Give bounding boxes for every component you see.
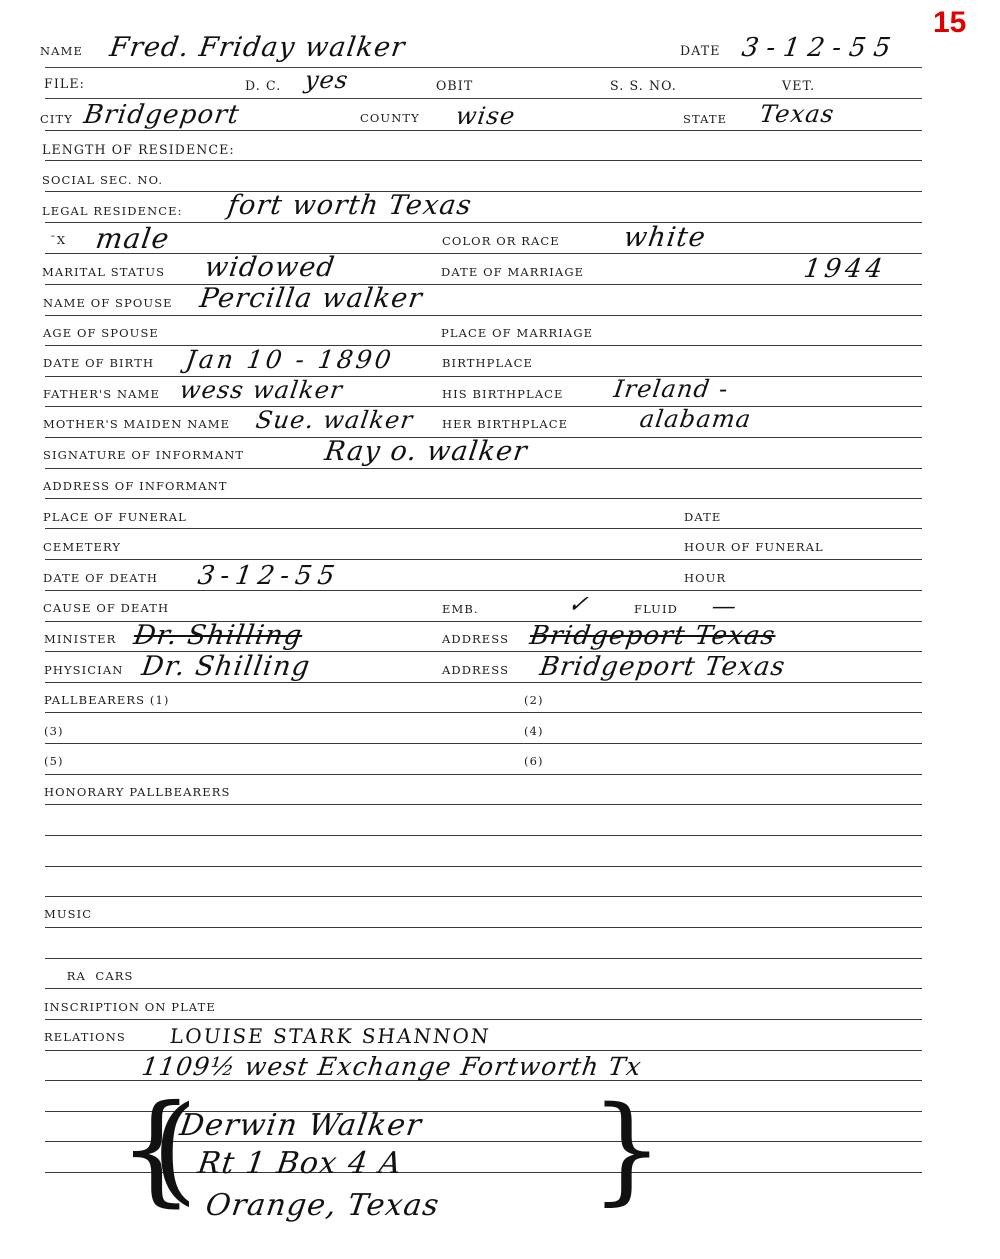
fluid-field[interactable]: — <box>710 592 739 620</box>
rule <box>45 376 922 377</box>
rule <box>45 315 922 316</box>
dc-field[interactable]: yes <box>303 66 351 94</box>
honorary-pallbearers-label: HONORARY PALLBEARERS <box>44 785 230 799</box>
dc-label: D. C. <box>245 78 281 93</box>
date-of-birth-label: DATE OF BIRTH <box>43 356 154 370</box>
color-or-race-label: COLOR OR RACE <box>442 234 560 248</box>
date-of-marriage-field[interactable]: 1944 <box>802 254 888 284</box>
date-label: DATE <box>680 43 721 58</box>
marital-status-field[interactable]: widowed <box>203 252 337 283</box>
pallbearers-5-label: (5) <box>44 754 64 768</box>
relations-block-line-3[interactable]: Orange, Texas <box>204 1188 442 1223</box>
vet-label: VET. <box>782 78 815 93</box>
name-of-spouse-label: NAME OF SPOUSE <box>43 296 173 310</box>
county-field[interactable]: wise <box>454 102 517 130</box>
fathers-name-field[interactable]: wess walker <box>178 376 345 404</box>
county-label: COUNTY <box>360 111 420 125</box>
rule <box>45 1019 922 1020</box>
relations-label: RELATIONS <box>44 1030 126 1044</box>
ss-no-label: S. S. NO. <box>610 78 677 93</box>
rule <box>45 896 922 897</box>
music-label: MUSIC <box>44 907 92 921</box>
physician-field[interactable]: Dr. Shilling <box>140 651 313 682</box>
obit-label: OBIT <box>436 78 473 93</box>
extra-cars-label: RA CARS <box>62 969 133 983</box>
rule <box>45 191 922 192</box>
pallbearers-4-label: (4) <box>524 724 544 738</box>
rule <box>45 590 922 591</box>
physician-address-label: ADDRESS <box>442 663 509 677</box>
rule <box>45 804 922 805</box>
rule <box>45 345 922 346</box>
rule <box>45 988 922 989</box>
social-sec-no-label: SOCIAL SEC. NO. <box>42 173 163 187</box>
pallbearers-1-label: PALLBEARERS (1) <box>44 693 169 707</box>
page-number: 15 <box>933 6 966 40</box>
marital-status-label: MARITAL STATUS <box>42 265 165 279</box>
date-of-marriage-label: DATE OF MARRIAGE <box>441 265 584 279</box>
emb-field[interactable]: ✓ <box>566 590 591 618</box>
relations-block-line-2[interactable]: Rt 1 Box 4 A <box>196 1146 405 1181</box>
place-of-marriage-label: PLACE OF MARRIAGE <box>441 326 593 340</box>
funeral-date-label: DATE <box>684 510 721 524</box>
rule <box>45 743 922 744</box>
length-of-residence-label: LENGTH OF RESIDENCE: <box>42 142 235 157</box>
hour-of-funeral-label: HOUR OF FUNERAL <box>684 540 824 554</box>
city-label: CITY <box>40 112 73 126</box>
rule <box>45 774 922 775</box>
cemetery-label: CEMETERY <box>43 540 121 554</box>
mothers-maiden-name-label: MOTHER'S MAIDEN NAME <box>43 417 230 431</box>
date-of-death-label: DATE OF DEATH <box>43 571 158 585</box>
rule <box>45 958 922 959</box>
rule <box>45 682 922 683</box>
minister-label: MINISTER <box>44 632 116 646</box>
sex-label: ˉX <box>50 233 66 247</box>
pallbearers-3-label: (3) <box>44 724 64 738</box>
color-or-race-field[interactable]: white <box>622 222 708 253</box>
rule <box>45 1050 922 1051</box>
physician-label: PHYSICIAN <box>44 663 123 677</box>
birthplace-label: BIRTHPLACE <box>442 356 533 370</box>
rule <box>45 559 922 560</box>
signature-of-informant-field[interactable]: Ray o. walker <box>323 436 530 467</box>
her-birthplace-label: HER BIRTHPLACE <box>442 417 568 431</box>
place-of-funeral-label: PLACE OF FUNERAL <box>43 510 187 524</box>
hour-label: HOUR <box>684 571 726 585</box>
rule <box>45 130 922 131</box>
rule <box>45 468 922 469</box>
legal-residence-label: LEGAL RESIDENCE: <box>42 204 183 218</box>
pallbearers-6-label: (6) <box>524 754 544 768</box>
relations-line-2[interactable]: 1109½ west Exchange Fortworth Tx <box>140 1052 644 1081</box>
his-birthplace-label: HIS BIRTHPLACE <box>442 387 564 401</box>
mothers-maiden-name-field[interactable]: Sue. walker <box>254 406 415 434</box>
state-label: STATE <box>683 112 727 126</box>
file-label: FILE: <box>44 76 85 91</box>
name-of-spouse-field[interactable]: Percilla walker <box>198 283 425 314</box>
right-brace-icon: } <box>590 1092 664 1208</box>
rule <box>45 528 922 529</box>
inscription-on-plate-label: INSCRIPTION ON PLATE <box>44 1000 216 1014</box>
rule <box>45 160 922 161</box>
relations-block-line-1[interactable]: Derwin Walker <box>178 1108 425 1143</box>
rule <box>45 712 922 713</box>
date-of-birth-field[interactable]: Jan 10 - 1890 <box>184 345 396 374</box>
his-birthplace-field[interactable]: Ireland - <box>612 375 730 403</box>
date-of-death-field[interactable]: 3-12-55 <box>196 561 342 591</box>
rule <box>45 284 922 285</box>
rule <box>45 67 922 68</box>
rule <box>45 835 922 836</box>
age-of-spouse-label: AGE OF SPOUSE <box>43 326 159 340</box>
minister-address-label: ADDRESS <box>442 632 509 646</box>
name-label: NAME <box>40 44 83 58</box>
rule <box>45 222 922 223</box>
rule <box>45 866 922 867</box>
minister-address-field[interactable]: Bridgeport Texas <box>528 621 778 651</box>
name-field[interactable]: Fred. Friday walker <box>108 32 408 63</box>
signature-of-informant-label: SIGNATURE OF INFORMANT <box>43 448 244 462</box>
rule <box>45 253 922 254</box>
address-of-informant-label: ADDRESS OF INFORMANT <box>43 479 228 493</box>
minister-field[interactable]: Dr. Shilling <box>132 620 305 651</box>
sex-field[interactable]: male <box>94 222 172 255</box>
date-field[interactable]: 3-12-55 <box>740 33 900 63</box>
rule <box>45 498 922 499</box>
rule <box>45 927 922 928</box>
physician-address-field[interactable]: Bridgeport Texas <box>538 652 788 682</box>
fluid-label: FLUID <box>634 602 678 616</box>
emb-label: EMB. <box>442 602 479 616</box>
cause-of-death-label: CAUSE OF DEATH <box>43 601 169 615</box>
legal-residence-field[interactable]: fort worth Texas <box>226 190 474 221</box>
state-field[interactable]: Texas <box>758 100 836 128</box>
fathers-name-label: FATHER'S NAME <box>43 387 160 401</box>
rule <box>45 98 922 99</box>
rule <box>45 406 922 407</box>
relations-line-1[interactable]: LOUISE STARK SHANNON <box>169 1024 492 1048</box>
city-field[interactable]: Bridgeport <box>82 100 242 130</box>
her-birthplace-field[interactable]: alabama <box>638 405 753 433</box>
pallbearers-2-label: (2) <box>524 693 544 707</box>
